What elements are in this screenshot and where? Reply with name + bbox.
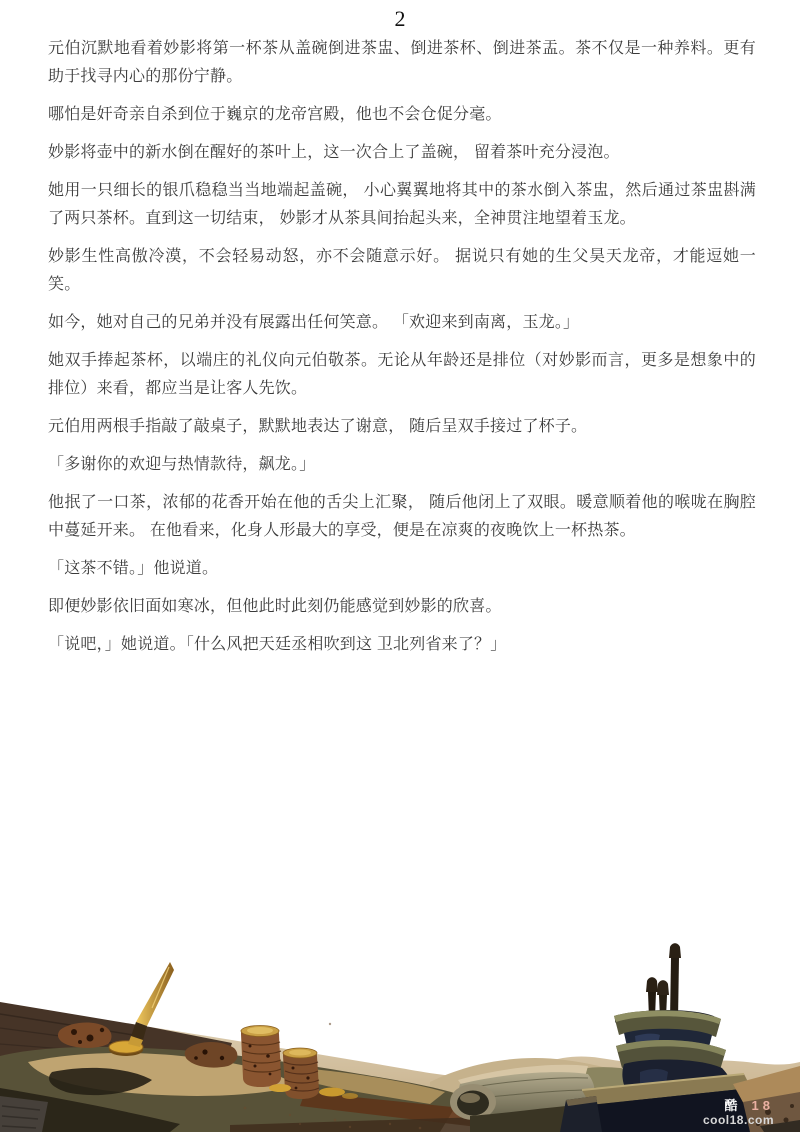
paragraph: 哪怕是奸奇亲自杀到位于巍京的龙帝宫殿，他也不会仓促分毫。 xyxy=(48,101,756,129)
paragraph: 元伯沉默地看着妙影将第一杯茶从盖碗倒进茶盅、倒进茶杯、倒进茶盂。茶不仅是一种养料… xyxy=(48,35,756,91)
paragraph: 妙影将壶中的新水倒在醒好的茶叶上，这一次合上了盖碗， 留着茶叶充分浸泡。 xyxy=(48,139,756,167)
watermark: 酷18 cool18.com xyxy=(703,1099,774,1127)
paragraph: 「说吧，」她说道。「什么风把天廷丞相吹到这 卫北列省来了？」 xyxy=(48,631,756,659)
watermark-domain: cool18.com xyxy=(703,1113,774,1127)
ink-painting-illustration xyxy=(0,930,800,1132)
watermark-cn: 酷 xyxy=(725,1098,738,1113)
paragraph: 「这茶不错。」他说道。 xyxy=(48,555,756,583)
paragraph: 妙影生性高傲冷漠，不会轻易动怒，亦不会随意示好。 据说只有她的生父昊天龙帝，才能… xyxy=(48,243,756,299)
paragraph: 她双手捧起茶杯，以端庄的礼仪向元伯敬茶。无论从年龄还是排位（对妙影而言，更多是想… xyxy=(48,347,756,403)
watermark-brand: 酷18 xyxy=(703,1099,774,1113)
paragraph: 「多谢你的欢迎与热情款待，飙龙。」 xyxy=(48,451,756,479)
paragraph: 她用一只细长的银爪稳稳当当地端起盖碗， 小心翼翼地将其中的茶水倒入茶盅，然后通过… xyxy=(48,177,756,233)
story-text: 元伯沉默地看着妙影将第一杯茶从盖碗倒进茶盅、倒进茶杯、倒进茶盂。茶不仅是一种养料… xyxy=(48,35,756,669)
watermark-num: 18 xyxy=(752,1098,774,1113)
novel-page: { "page": { "number": "2" }, "content": … xyxy=(0,0,800,1132)
paragraph: 如今，她对自己的兄弟并没有展露出任何笑意。 「欢迎来到南离，玉龙。」 xyxy=(48,309,756,337)
paragraph: 元伯用两根手指敲了敲桌子，默默地表达了谢意， 随后呈双手接过了杯子。 xyxy=(48,413,756,441)
page-number: 2 xyxy=(0,6,800,32)
paragraph: 他抿了一口茶，浓郁的花香开始在他的舌尖上汇聚， 随后他闭上了双眼。暖意顺着他的喉… xyxy=(48,489,756,545)
paragraph: 即便妙影依旧面如寒冰，但他此时此刻仍能感觉到妙影的欣喜。 xyxy=(48,593,756,621)
